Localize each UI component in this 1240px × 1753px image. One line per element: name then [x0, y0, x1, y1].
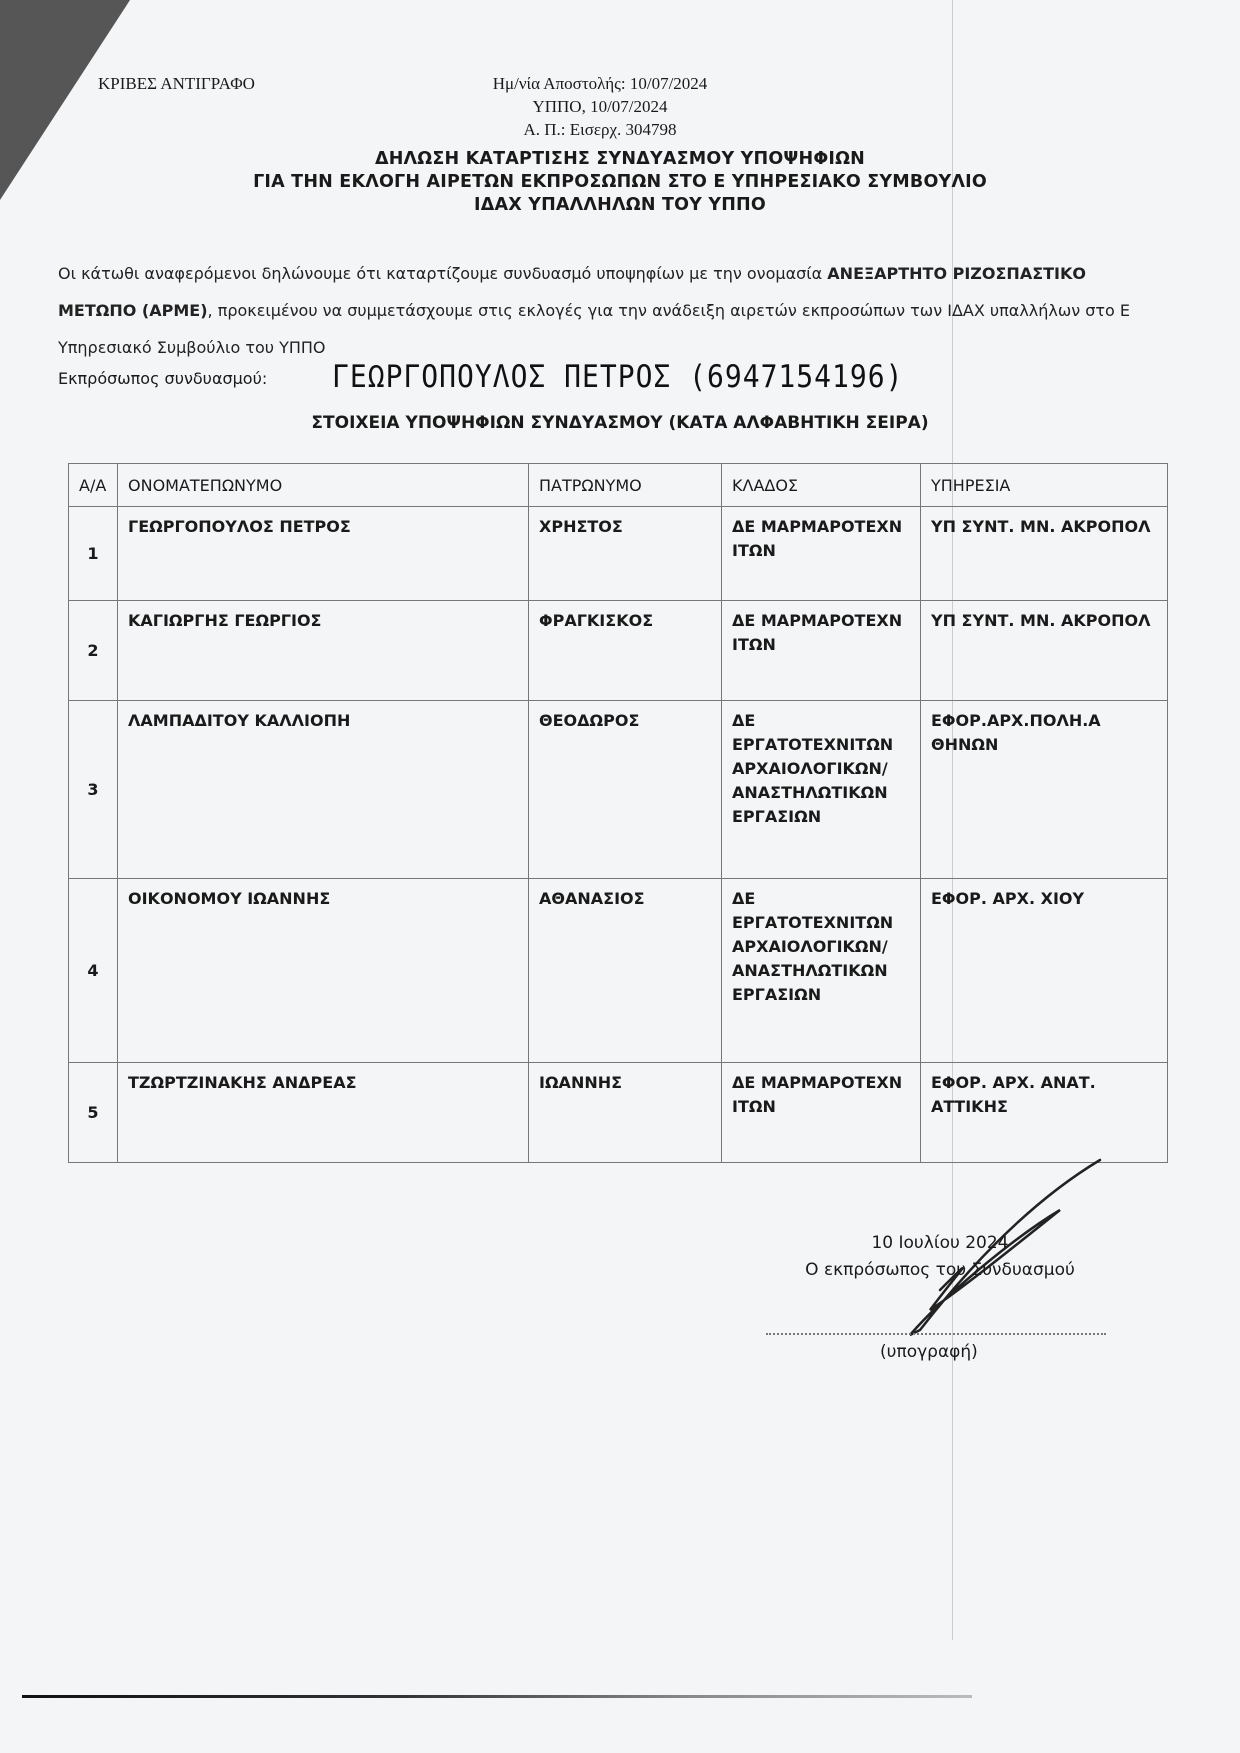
cell-name: ΓΕΩΡΓΟΠΟΥΛΟΣ ΠΕΤΡΟΣ — [118, 507, 529, 601]
document-header-info: Ημ/νία Αποστολής: 10/07/2024 ΥΠΠΟ, 10/07… — [440, 72, 760, 141]
column-header-branch: ΚΛΑΔΟΣ — [722, 464, 921, 507]
table-row: 5 ΤΖΩΡΤΖΙΝΑΚΗΣ ΑΝΔΡΕΑΣ ΙΩΑΝΝΗΣ ΔΕ ΜΑΡΜΑΡ… — [69, 1063, 1168, 1163]
cell-aa: 3 — [69, 701, 118, 879]
document-title: ΔΗΛΩΣΗ ΚΑΤΑΡΤΙΣΗΣ ΣΥΝΔΥΑΣΜΟΥ ΥΠΟΨΗΦΙΩΝ Γ… — [120, 148, 1120, 217]
column-header-service: ΥΠΗΡΕΣΙΑ — [921, 464, 1168, 507]
cell-father: ΧΡΗΣΤΟΣ — [529, 507, 722, 601]
cell-service: ΥΠ ΣΥΝΤ. ΜΝ. ΑΚΡΟΠΟΛ — [921, 601, 1168, 701]
candidates-table: Α/Α ΟΝΟΜΑΤΕΠΩΝΥΜΟ ΠΑΤΡΩΝΥΜΟ ΚΛΑΔΟΣ ΥΠΗΡΕ… — [68, 463, 1168, 1163]
cell-branch: ΔΕ ΕΡΓΑΤΟΤΕΧΝΙΤΩΝ ΑΡΧΑΙΟΛΟΓΙΚΩΝ/ ΑΝΑΣΤΗΛ… — [722, 701, 921, 879]
org-date: ΥΠΠΟ, 10/07/2024 — [440, 95, 760, 118]
signature-date: 10 Ιουλίου 2024 — [770, 1230, 1110, 1257]
intro-text-2: , προκειμένου να συμμετάσχουμε στις εκλο… — [58, 301, 1130, 357]
cell-branch: ΔΕ ΕΡΓΑΤΟΤΕΧΝΙΤΩΝ ΑΡΧΑΙΟΛΟΓΙΚΩΝ/ ΑΝΑΣΤΗΛ… — [722, 879, 921, 1063]
cell-father: ΘΕΟΔΩΡΟΣ — [529, 701, 722, 879]
title-line-1: ΔΗΛΩΣΗ ΚΑΤΑΡΤΙΣΗΣ ΣΥΝΔΥΑΣΜΟΥ ΥΠΟΨΗΦΙΩΝ — [120, 148, 1120, 171]
column-header-name: ΟΝΟΜΑΤΕΠΩΝΥΜΟ — [118, 464, 529, 507]
cell-name: ΚΑΓΙΩΡΓΗΣ ΓΕΩΡΓΙΟΣ — [118, 601, 529, 701]
cell-service: ΕΦΟΡ.ΑΡΧ.ΠΟΛΗ.Α ΘΗΝΩΝ — [921, 701, 1168, 879]
table-row: 3 ΛΑΜΠΑΔΙΤΟΥ ΚΑΛΛΙΟΠΗ ΘΕΟΔΩΡΟΣ ΔΕ ΕΡΓΑΤΟ… — [69, 701, 1168, 879]
column-header-father: ΠΑΤΡΩΝΥΜΟ — [529, 464, 722, 507]
cell-service: ΕΦΟΡ. ΑΡΧ. ΑΝΑΤ. ΑΤΤΙΚΗΣ — [921, 1063, 1168, 1163]
representative-label: Εκπρόσωπος συνδυασμού: — [58, 369, 267, 388]
signature-block: 10 Ιουλίου 2024 Ο εκπρόσωπος του Συνδυασ… — [770, 1230, 1110, 1284]
table-row: 1 ΓΕΩΡΓΟΠΟΥΛΟΣ ΠΕΤΡΟΣ ΧΡΗΣΤΟΣ ΔΕ ΜΑΡΜΑΡΟ… — [69, 507, 1168, 601]
title-line-3: ΙΔΑΧ ΥΠΑΛΛΗΛΩΝ ΤΟΥ ΥΠΠΟ — [120, 194, 1120, 217]
cell-aa: 4 — [69, 879, 118, 1063]
intro-text-1: Οι κάτωθι αναφερόμενοι δηλώνουμε ότι κατ… — [58, 264, 827, 283]
declaration-paragraph: Οι κάτωθι αναφερόμενοι δηλώνουμε ότι κατ… — [58, 255, 1168, 366]
cell-service: ΕΦΟΡ. ΑΡΧ. ΧΙΟΥ — [921, 879, 1168, 1063]
cell-aa: 2 — [69, 601, 118, 701]
cell-service: ΥΠ ΣΥΝΤ. ΜΝ. ΑΚΡΟΠΟΛ — [921, 507, 1168, 601]
cell-branch: ΔΕ ΜΑΡΜΑΡΟΤΕΧΝ ΙΤΩΝ — [722, 601, 921, 701]
table-header-row: Α/Α ΟΝΟΜΑΤΕΠΩΝΥΜΟ ΠΑΤΡΩΝΥΜΟ ΚΛΑΔΟΣ ΥΠΗΡΕ… — [69, 464, 1168, 507]
cell-father: ΑΘΑΝΑΣΙΟΣ — [529, 879, 722, 1063]
table-row: 4 ΟΙΚΟΝΟΜΟΥ ΙΩΑΝΝΗΣ ΑΘΑΝΑΣΙΟΣ ΔΕ ΕΡΓΑΤΟΤ… — [69, 879, 1168, 1063]
cell-branch: ΔΕ ΜΑΡΜΑΡΟΤΕΧΝ ΙΤΩΝ — [722, 507, 921, 601]
protocol-number: Α. Π.: Εισερχ. 304798 — [440, 118, 760, 141]
candidates-subtitle: ΣΤΟΙΧΕΙΑ ΥΠΟΨΗΦΙΩΝ ΣΥΝΔΥΑΣΜΟΥ (ΚΑΤΑ ΑΛΦΑ… — [120, 413, 1120, 433]
scan-shadow — [0, 0, 130, 200]
representative-handwritten: ΓΕΩΡΓΟΠΟΥΛΟΣ ΠΕΤΡΟΣ (6947154196) — [332, 358, 903, 394]
cell-name: ΟΙΚΟΝΟΜΟΥ ΙΩΑΝΝΗΣ — [118, 879, 529, 1063]
table-row: 2 ΚΑΓΙΩΡΓΗΣ ΓΕΩΡΓΙΟΣ ΦΡΑΓΚΙΣΚΟΣ ΔΕ ΜΑΡΜΑ… — [69, 601, 1168, 701]
send-date: Ημ/νία Αποστολής: 10/07/2024 — [440, 72, 760, 95]
scan-bottom-edge — [22, 1695, 972, 1698]
cell-branch: ΔΕ ΜΑΡΜΑΡΟΤΕΧΝ ΙΤΩΝ — [722, 1063, 921, 1163]
title-line-2: ΓΙΑ ΤΗΝ ΕΚΛΟΓΗ ΑΙΡΕΤΩΝ ΕΚΠΡΟΣΩΠΩΝ ΣΤΟ Ε … — [120, 171, 1120, 194]
cell-aa: 5 — [69, 1063, 118, 1163]
signature-role: Ο εκπρόσωπος του Συνδυασμού — [770, 1257, 1110, 1284]
column-header-aa: Α/Α — [69, 464, 118, 507]
cell-name: ΤΖΩΡΤΖΙΝΑΚΗΣ ΑΝΔΡΕΑΣ — [118, 1063, 529, 1163]
cell-father: ΙΩΑΝΝΗΣ — [529, 1063, 722, 1163]
cell-aa: 1 — [69, 507, 118, 601]
signature-label: (υπογραφή) — [880, 1342, 978, 1362]
signature-line — [766, 1333, 1106, 1335]
cell-father: ΦΡΑΓΚΙΣΚΟΣ — [529, 601, 722, 701]
cell-name: ΛΑΜΠΑΔΙΤΟΥ ΚΑΛΛΙΟΠΗ — [118, 701, 529, 879]
certified-copy-stamp: ΚΡΙΒΕΣ ΑΝΤΙΓΡΑΦΟ — [98, 74, 255, 94]
